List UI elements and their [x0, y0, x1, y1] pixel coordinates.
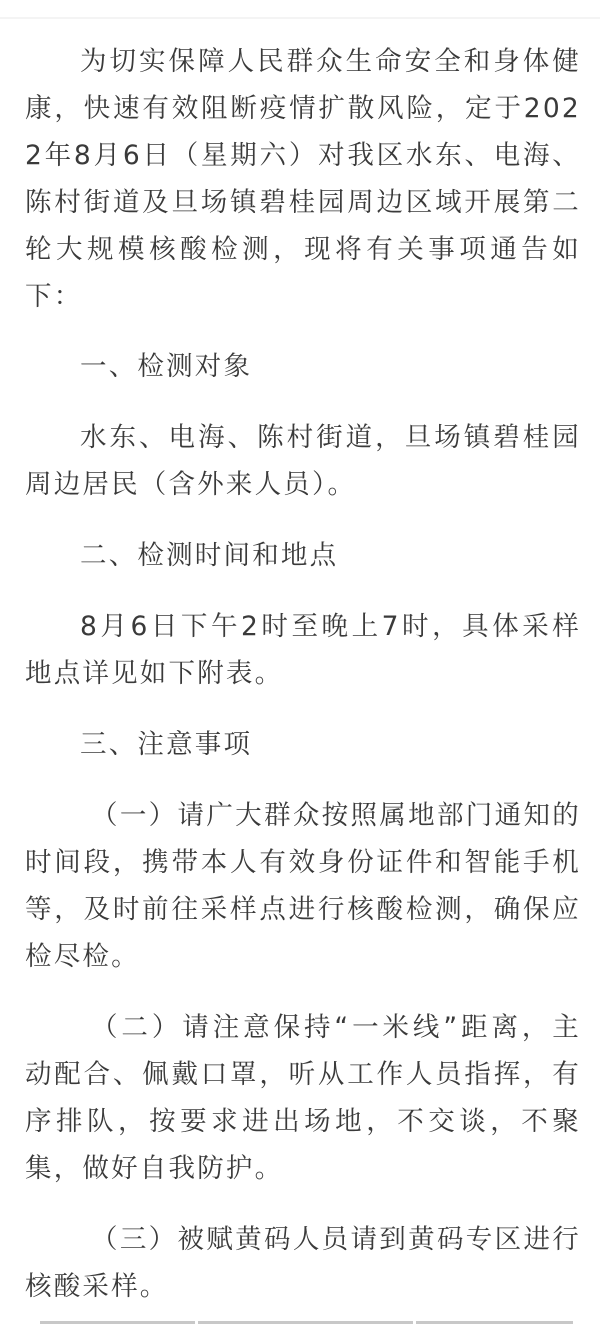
section-heading-notes: 三、注意事项	[25, 721, 581, 768]
note-item-3: （三）被赋黄码人员请到黄码专区进行核酸采样。	[25, 1216, 581, 1310]
top-divider	[0, 17, 600, 19]
intro-paragraph: 为切实保障人民群众生命安全和身体健康，快速有效阻断疫情扩散风险，定于2022年8…	[25, 38, 581, 320]
section-heading-time-place: 二、检测时间和地点	[25, 532, 581, 579]
section-body-targets: 水东、电海、陈村街道，旦场镇碧桂园周边居民（含外来人员）。	[25, 414, 581, 508]
note-item-1: （一）请广大群众按照属地部门通知的时间段，携带本人有效身份证件和智能手机等，及时…	[25, 792, 581, 980]
notice-article: 为切实保障人民群众生命安全和身体健康，快速有效阻断疫情扩散风险，定于2022年8…	[25, 38, 581, 1310]
section-body-time-place: 8月6日下午2时至晚上7时，具体采样地点详见如下附表。	[25, 603, 581, 697]
note-item-2: （二）请注意保持“一米线”距离，主动配合、佩戴口罩，听从工作人员指挥，有序排队，…	[25, 1004, 581, 1192]
section-heading-targets: 一、检测对象	[25, 343, 581, 390]
